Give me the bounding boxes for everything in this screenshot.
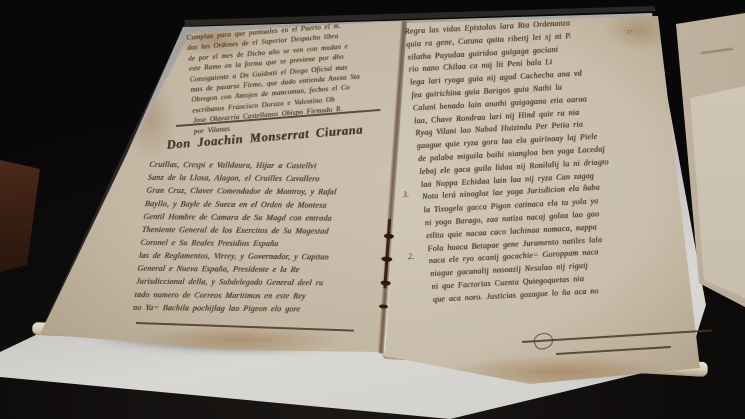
stitch-knot [381,280,391,286]
item-marker: 2. [408,252,414,261]
left-page-paragraph-1: Cumplan para que puntuales en el Puerto … [186,20,363,137]
folio-number: 37 [626,29,633,36]
right-page-text: Regra las vidas Epistolas lara Rta Orden… [404,16,623,306]
museum-display-photo: Cumplan para que puntuales en el Puerto … [0,0,745,419]
left-page-paragraph-2: Cruillas, Crespi e Valldaura, Hijar a Ca… [132,158,340,316]
stitch-knot [379,304,388,309]
item-marker: 3. [403,190,409,199]
manuscript-line: no Ya= Bachila pochijlag lao Pigeon elo … [132,301,324,316]
stitch-knot [384,233,394,239]
